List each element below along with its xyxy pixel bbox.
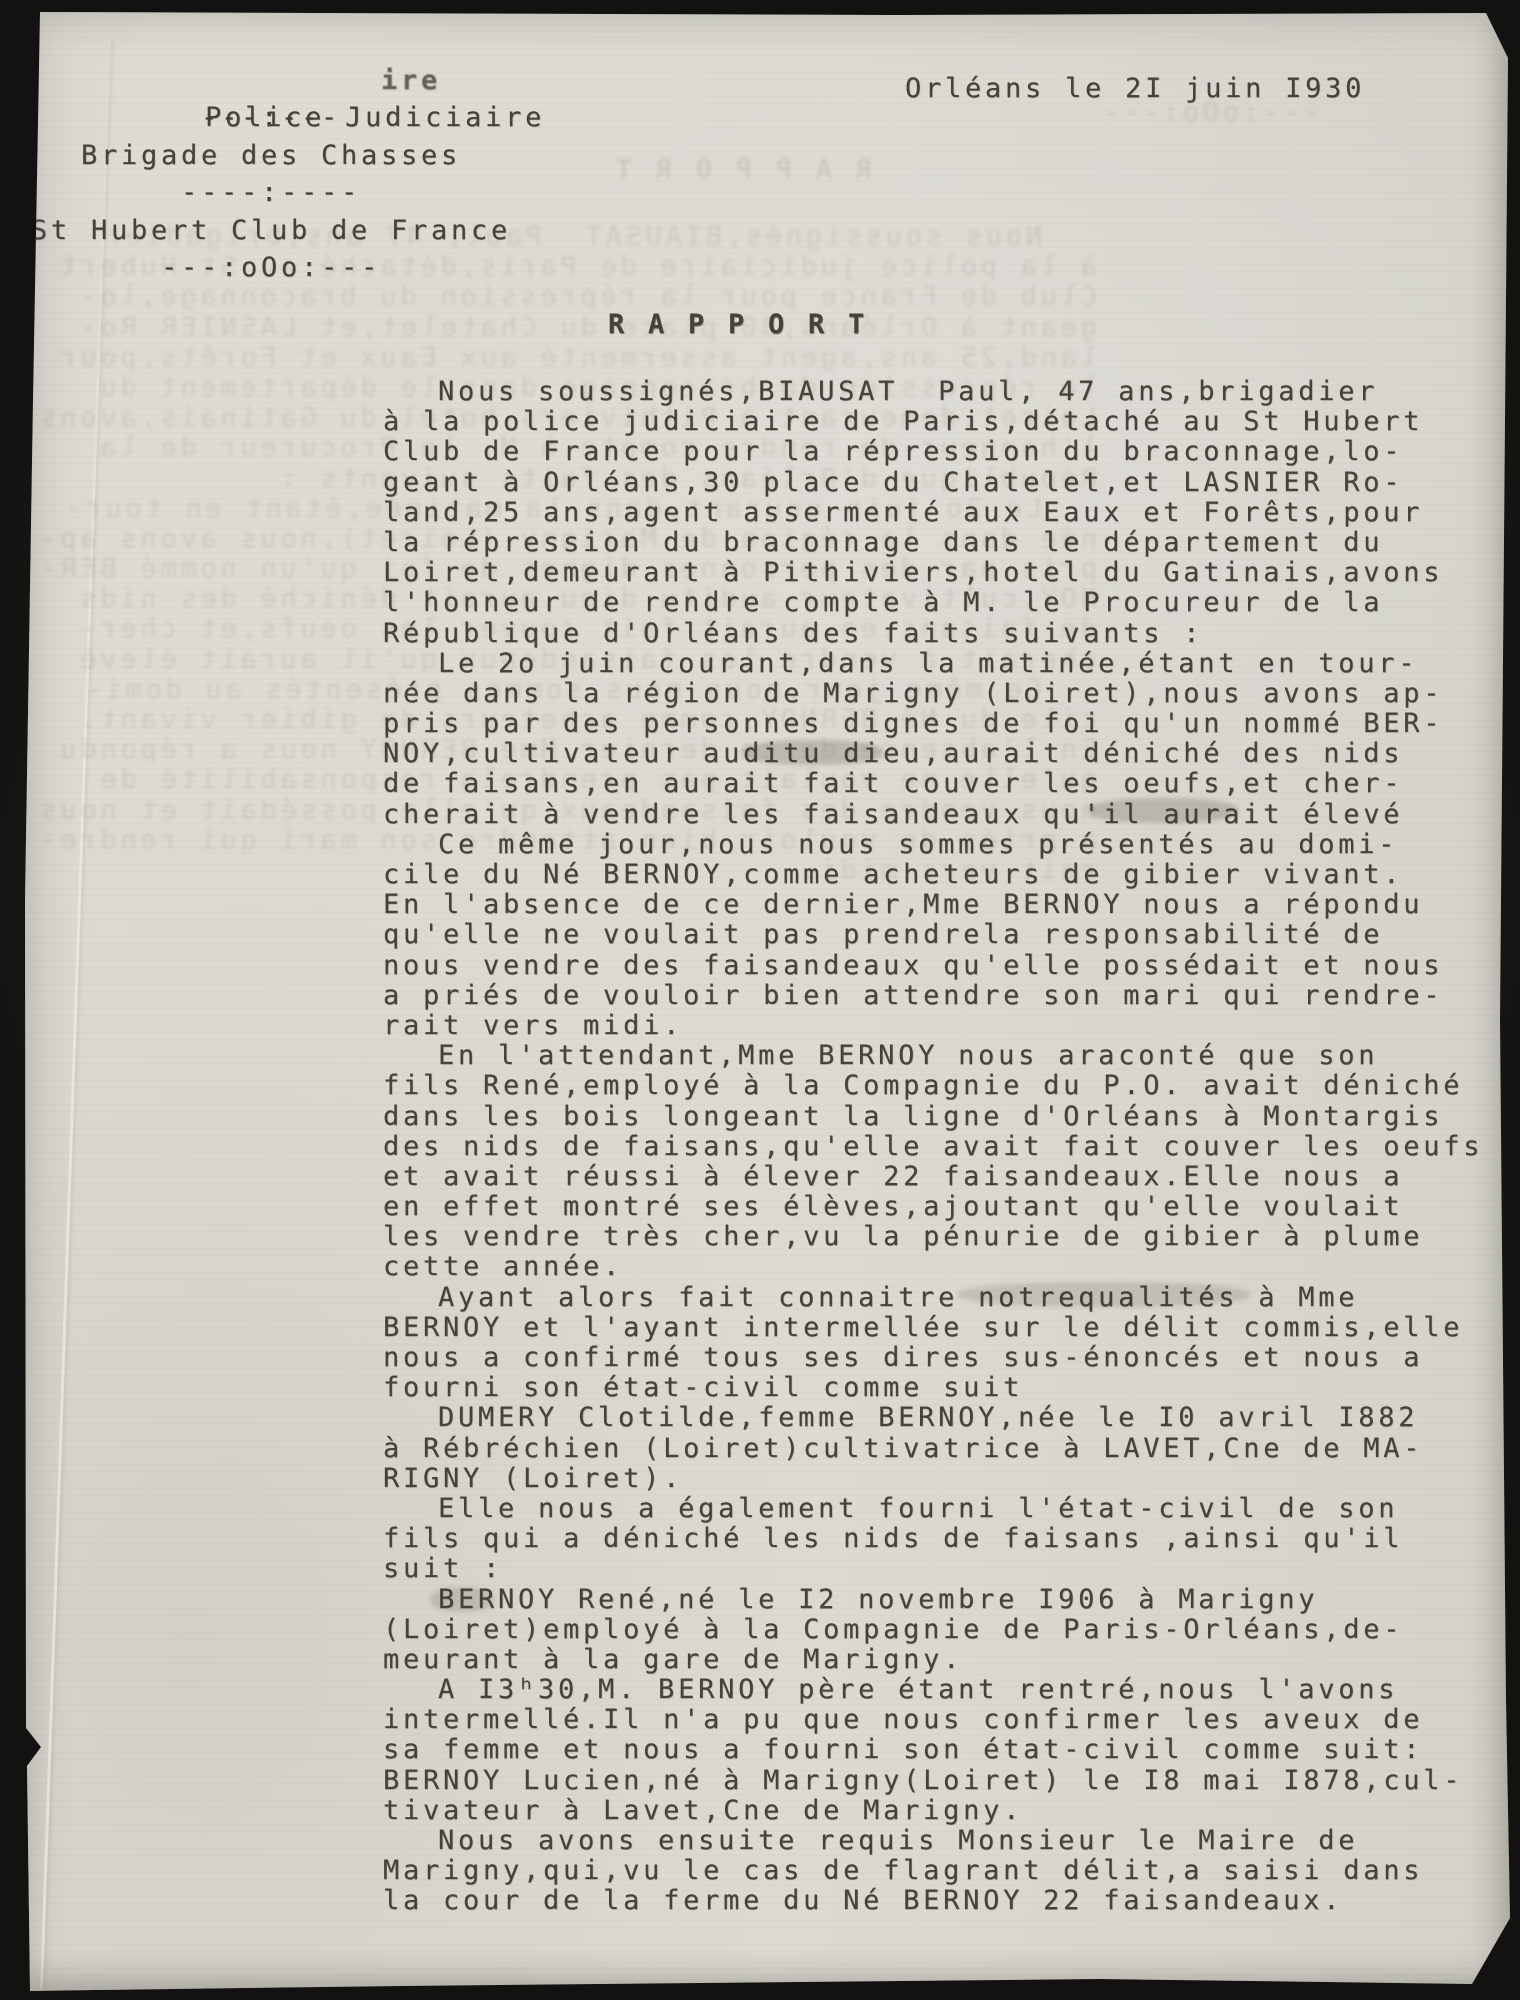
report-line: à Rébréchien (Loiret)cultivatrice à LAVE… [383, 1434, 1513, 1464]
report-line: à la police judiciaire de Paris,détaché … [383, 407, 1513, 437]
letterhead-divider: ----:---- [5, 174, 537, 211]
report-line: la répression du braconnage dans le dépa… [383, 528, 1513, 558]
report-line: née dans la région de Marigny (Loiret),n… [383, 679, 1513, 709]
report-body: Nous soussignés,BIAUSAT Paul, 47 ans,bri… [383, 377, 1513, 1917]
report-line: dans les bois longeant la ligne d'Orléan… [383, 1102, 1513, 1132]
report-line: land,25 ans,agent assermenté aux Eaux et… [383, 498, 1513, 528]
report-line: Ce même jour,nous nous sommes présentés … [383, 830, 1513, 860]
report-line: Ayant alors fait connaitre notrequalités… [383, 1283, 1513, 1313]
report-line: DUMERY Clotilde,femme BERNOY,née le I0 a… [383, 1403, 1513, 1433]
dateline: Orléans le 2I juin I930 [905, 70, 1365, 107]
report-line: meurant à la gare de Marigny. [383, 1645, 1513, 1675]
report-title: R A P P O R T [608, 305, 868, 345]
report-line: des nids de faisans,qu'elle avait fait c… [383, 1132, 1513, 1162]
report-line: En l'attendant,Mme BERNOY nous araconté … [383, 1041, 1513, 1071]
letterhead-divider: ---:--- [5, 99, 537, 136]
report-line: (Loiret)employé à la Compagnie de Paris-… [383, 1615, 1513, 1645]
report-line: intermellé.Il n'a pu que nous confirmer … [383, 1705, 1513, 1735]
report-line: En l'absence de ce dernier,Mme BERNOY no… [383, 890, 1513, 920]
report-line: les vendre très cher,vu la pénurie de gi… [383, 1222, 1513, 1252]
report-line: la cour de la ferme du Né BERNOY 22 fais… [383, 1886, 1513, 1916]
report-line: Le 2o juin courant,dans la matinée,étant… [383, 649, 1513, 679]
report-line: BERNOY René,né le I2 novembre I906 à Mar… [383, 1585, 1513, 1615]
report-line: Elle nous a également fourni l'état-civi… [383, 1494, 1513, 1524]
report-line: nous vendre des faisandeaux qu'elle poss… [383, 951, 1513, 981]
scanned-document: Police Judiciaireire ---:--- Brigade des… [0, 0, 1520, 2000]
letterhead-divider: ---:oOo:--- [5, 249, 537, 286]
report-line: Nous soussignés,BIAUSAT Paul, 47 ans,bri… [383, 377, 1513, 407]
letterhead-org-line: St Hubert Club de France [5, 212, 537, 249]
report-line: l'honneur de rendre compte à M. le Procu… [383, 588, 1513, 618]
report-line: qu'elle ne voulait pas prendrela respons… [383, 920, 1513, 950]
paper-sheet: Police Judiciaireire ---:--- Brigade des… [0, 0, 1520, 2000]
report-line: A I3ʰ30,M. BERNOY père étant rentré,nous… [383, 1675, 1513, 1705]
report-line: RIGNY (Loiret). [383, 1464, 1513, 1494]
report-line: de faisans,en aurait fait couver les oeu… [383, 769, 1513, 799]
report-line: rait vers midi. [383, 1011, 1513, 1041]
report-line: cette année. [383, 1252, 1513, 1282]
report-line: nous a confirmé tous ses dires sus-énonc… [383, 1343, 1513, 1373]
report-line: République d'Orléans des faits suivants … [383, 619, 1513, 649]
report-line: pris par des personnes dignes de foi qu'… [383, 709, 1513, 739]
report-line: cile du Né BERNOY,comme acheteurs de gib… [383, 860, 1513, 890]
letterhead-org-line: Brigade des Chasses [5, 137, 537, 174]
report-line: tivateur à Lavet,Cne de Marigny. [383, 1796, 1513, 1826]
letterhead: Police Judiciaireire ---:--- Brigade des… [5, 62, 537, 286]
report-line: BERNOY Lucien,né à Marigny(Loiret) le I8… [383, 1766, 1513, 1796]
letterhead-org-line: Police Judiciaireire [5, 62, 537, 99]
report-line: et avait réussi à élever 22 faisandeaux.… [383, 1162, 1513, 1192]
report-line: sa femme et nous a fourni son état-civil… [383, 1735, 1513, 1765]
report-line: Nous avons ensuite requis Monsieur le Ma… [383, 1826, 1513, 1856]
report-line: geant à Orléans,30 place du Chatelet,et … [383, 468, 1513, 498]
report-line: a priés de vouloir bien attendre son mar… [383, 981, 1513, 1011]
report-line: Club de France pour la répression du bra… [383, 437, 1513, 467]
report-line: Marigny,qui,vu le cas de flagrant délit,… [383, 1856, 1513, 1886]
report-line: fils René,employé à la Compagnie du P.O.… [383, 1071, 1513, 1101]
report-line: fils qui a déniché les nids de faisans ,… [383, 1524, 1513, 1554]
typewriter-overstrike: ire [381, 62, 441, 99]
report-line: NOY,cultivateur auditu dieu,aurait dénic… [383, 739, 1513, 769]
report-line: BERNOY et l'ayant intermellée sur le dél… [383, 1313, 1513, 1343]
typewritten-content: Police Judiciaireire ---:--- Brigade des… [0, 0, 1520, 2000]
report-line: suit : [383, 1554, 1513, 1584]
report-line: en effet montré ses élèves,ajoutant qu'e… [383, 1192, 1513, 1222]
report-line: Loiret,demeurant à Pithiviers,hotel du G… [383, 558, 1513, 588]
report-line: cherait à vendre les faisandeaux qu'il a… [383, 800, 1513, 830]
report-line: fourni son état-civil comme suit [383, 1373, 1513, 1403]
